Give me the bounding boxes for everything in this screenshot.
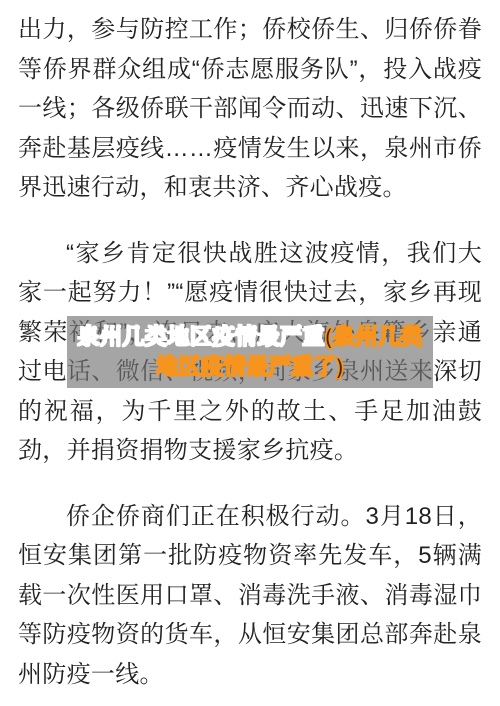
paragraph: 侨企侨商们正在积极行动。3月18日，恒安集团第一批防疫物资率先发车，5辆满载一次… — [18, 497, 482, 695]
title-overlay-banner: 泉州几类地区疫情最严重(泉州几类地区疫情最严重了) — [67, 316, 433, 388]
article-page: { "page": { "background": "#ffffff", "bo… — [0, 0, 500, 706]
overlay-title: 泉州几类地区疫情最严重(泉州几类地区疫情最严重了) — [67, 322, 433, 382]
overlay-title-main: 泉州几类地区疫情最严重 — [77, 324, 325, 349]
paragraph: 出力，参与防控工作；侨校侨生、归侨侨眷等侨界群众组成“侨志愿服务队”，投入战疫一… — [18, 10, 482, 208]
